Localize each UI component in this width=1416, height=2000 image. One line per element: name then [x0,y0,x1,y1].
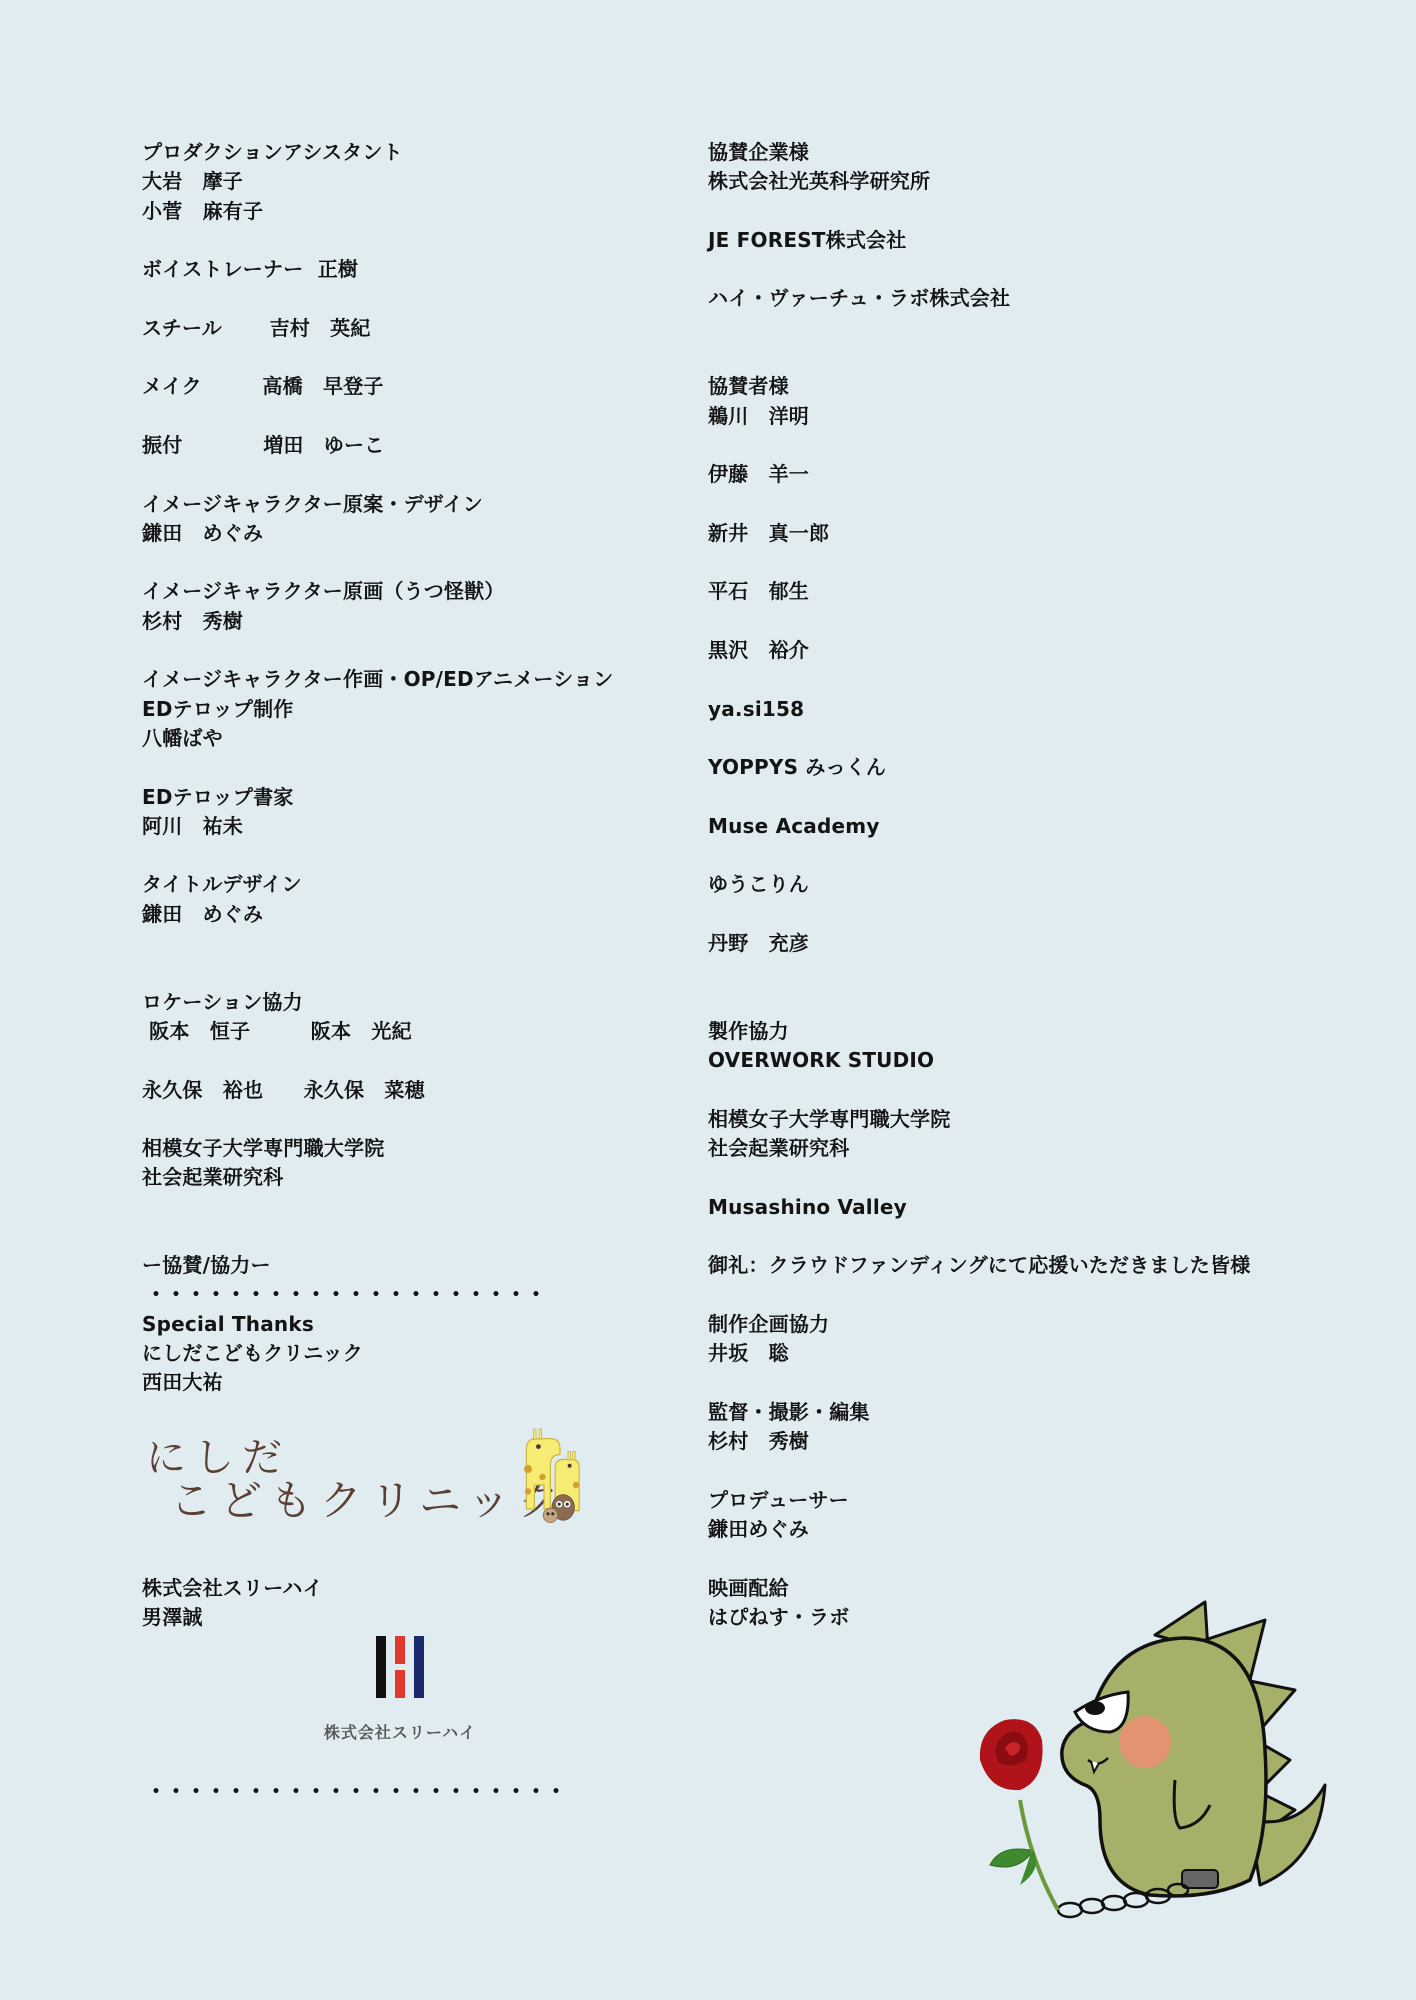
dot: • [346,1778,366,1807]
credit-name: 阿川 祐未 [142,812,682,841]
credit-title: ロケーション協力 [142,988,682,1017]
dot: • [466,1778,486,1807]
dot: • [486,1281,506,1310]
sponsor-company: 株式会社光英科学研究所 [708,167,1348,196]
dot: • [486,1778,506,1807]
dot: • [246,1778,266,1807]
credit-org: 社会起業研究科 [142,1163,682,1192]
credit-makeup: メイク 高橋 早登子 [142,372,682,401]
special-thanks-title: Special Thanks [142,1310,682,1339]
credit-name: 杉村 秀樹 [708,1427,1348,1456]
dot: • [506,1778,526,1807]
credit-choreography: 振付 増田 ゆーこ [142,431,682,460]
rose-icon [980,1719,1043,1790]
sponsor-heading: ー協賛/協力ー [142,1251,682,1280]
dot: • [286,1281,306,1310]
dot: • [406,1778,426,1807]
credit-name: 杉村 秀樹 [142,607,682,636]
credit-name-row: 永久保 裕也 永久保 菜穂 [142,1076,682,1105]
credit-name: 鎌田 めぐみ [142,900,682,929]
dot: • [526,1778,546,1807]
dot: • [266,1778,286,1807]
cooperation-org: Musashino Valley [708,1193,1348,1222]
credits-left-column: プロダクションアシスタント 大岩 摩子 小菅 麻有子 ボイストレーナー 正樹 ス… [142,138,682,1398]
dot: • [166,1778,186,1807]
dot: • [426,1281,446,1310]
sponsor-person: 丹野 充彦 [708,929,1348,958]
dot: • [406,1281,426,1310]
sponsor-company: JE FOREST株式会社 [708,226,1348,255]
dot: • [226,1778,246,1807]
credit-name: 大岩 摩子 [142,167,682,196]
sponsor-person: ya.si158 [708,695,1348,724]
credit-name: 鎌田 めぐみ [142,519,682,548]
cooperation-org: OVERWORK STUDIO [708,1046,1348,1075]
dot: • [206,1778,226,1807]
sponsor-person: ゆうこりん [708,870,1348,899]
dot: • [146,1778,166,1807]
credit-title: 製作協力 [708,1017,1348,1046]
credit-name: 鎌田めぐみ [708,1515,1348,1544]
credit-subtitle: EDテロップ制作 [142,695,682,724]
dot: • [186,1281,206,1310]
dot: • [166,1281,186,1310]
dot: • [346,1281,366,1310]
credits-right-column: 協賛企業様 株式会社光英科学研究所 JE FOREST株式会社 ハイ・ヴァーチュ… [708,138,1348,1632]
threehigh-company: 株式会社スリーハイ [142,1574,323,1603]
cooperation-org: 社会起業研究科 [708,1134,1348,1163]
credit-name: 小菅 麻有子 [142,197,682,226]
dot-divider-top: •••••••••••••••••••• [142,1281,682,1310]
credit-name: 井坂 聡 [708,1339,1348,1368]
credit-name: 八幡ばや [142,724,682,753]
threehigh-h-icon [376,1636,424,1698]
dot: • [386,1281,406,1310]
dot: • [506,1281,526,1310]
credit-title: プロデューサー [708,1486,1348,1515]
dot: • [286,1778,306,1807]
credit-title: イメージキャラクター原画（うつ怪獣） [142,577,682,606]
dot: • [446,1281,466,1310]
credit-title: タイトルデザイン [142,870,682,899]
dot: • [206,1281,226,1310]
giraffe-owl-icon [512,1418,592,1528]
dot: • [386,1778,406,1807]
threehigh-credit: 株式会社スリーハイ 男澤誠 [142,1574,323,1633]
credit-title: 協賛企業様 [708,138,1348,167]
dot: • [186,1778,206,1807]
credit-name-row: 阪本 恒子 阪本 光紀 [142,1017,682,1046]
cooperation-org: 相模女子大学専門職大学院 [708,1105,1348,1134]
sponsor-company: ハイ・ヴァーチュ・ラボ株式会社 [708,284,1348,313]
sponsor-person: 黒沢 裕介 [708,636,1348,665]
sponsor-person: YOPPYS みっくん [708,753,1348,782]
credit-title: 監督・撮影・編集 [708,1398,1348,1427]
credit-title: イメージキャラクター原案・デザイン [142,490,682,519]
credit-still: スチール 吉村 英紀 [142,314,682,343]
sponsor-person: Muse Academy [708,812,1348,841]
sponsor-person: 伊藤 羊一 [708,460,1348,489]
credit-title: 制作企画協力 [708,1310,1348,1339]
dot: • [246,1281,266,1310]
credit-org: 相模女子大学専門職大学院 [142,1134,682,1163]
dot: • [266,1281,286,1310]
dot: • [546,1778,566,1807]
dot: • [366,1778,386,1807]
dinosaur-with-rose-illustration [960,1580,1340,1930]
sponsor-person: 鵜川 洋明 [708,402,1348,431]
dot: • [466,1281,486,1310]
dot: • [446,1778,466,1807]
credit-title: イメージキャラクター作画・OP/EDアニメーション [142,665,682,694]
dot: • [146,1281,166,1310]
dot: • [306,1778,326,1807]
dot: • [326,1778,346,1807]
nishida-clinic-logo: にしだ こどもクリニック [142,1418,592,1528]
dot: • [426,1778,446,1807]
dot-divider-bottom: ••••••••••••••••••••• [142,1778,566,1807]
threehigh-logo: 株式会社スリーハイ [320,1632,480,1742]
dot: • [226,1281,246,1310]
dot: • [526,1281,546,1310]
special-thanks-line: にしだこどもクリニック [142,1339,682,1368]
sponsor-person: 平石 郁生 [708,577,1348,606]
credit-title: プロダクションアシスタント [142,138,682,167]
threehigh-person: 男澤誠 [142,1603,323,1632]
crowdfunding-thanks: 御礼：クラウドファンディングにて応援いただきました皆様 [708,1251,1348,1280]
credit-title: 協賛者様 [708,372,1348,401]
threehigh-logo-caption: 株式会社スリーハイ [320,1720,480,1743]
special-thanks-line: 西田大祐 [142,1368,682,1397]
nishida-logo-line2: こどもクリニック [170,1468,567,1528]
dot: • [326,1281,346,1310]
dot: • [366,1281,386,1310]
credit-title: EDテロップ書家 [142,783,682,812]
dot: • [306,1281,326,1310]
credit-voice-trainer: ボイストレーナー 正樹 [142,255,682,284]
chain-icon [1058,1884,1188,1917]
sponsor-person: 新井 真一郎 [708,519,1348,548]
